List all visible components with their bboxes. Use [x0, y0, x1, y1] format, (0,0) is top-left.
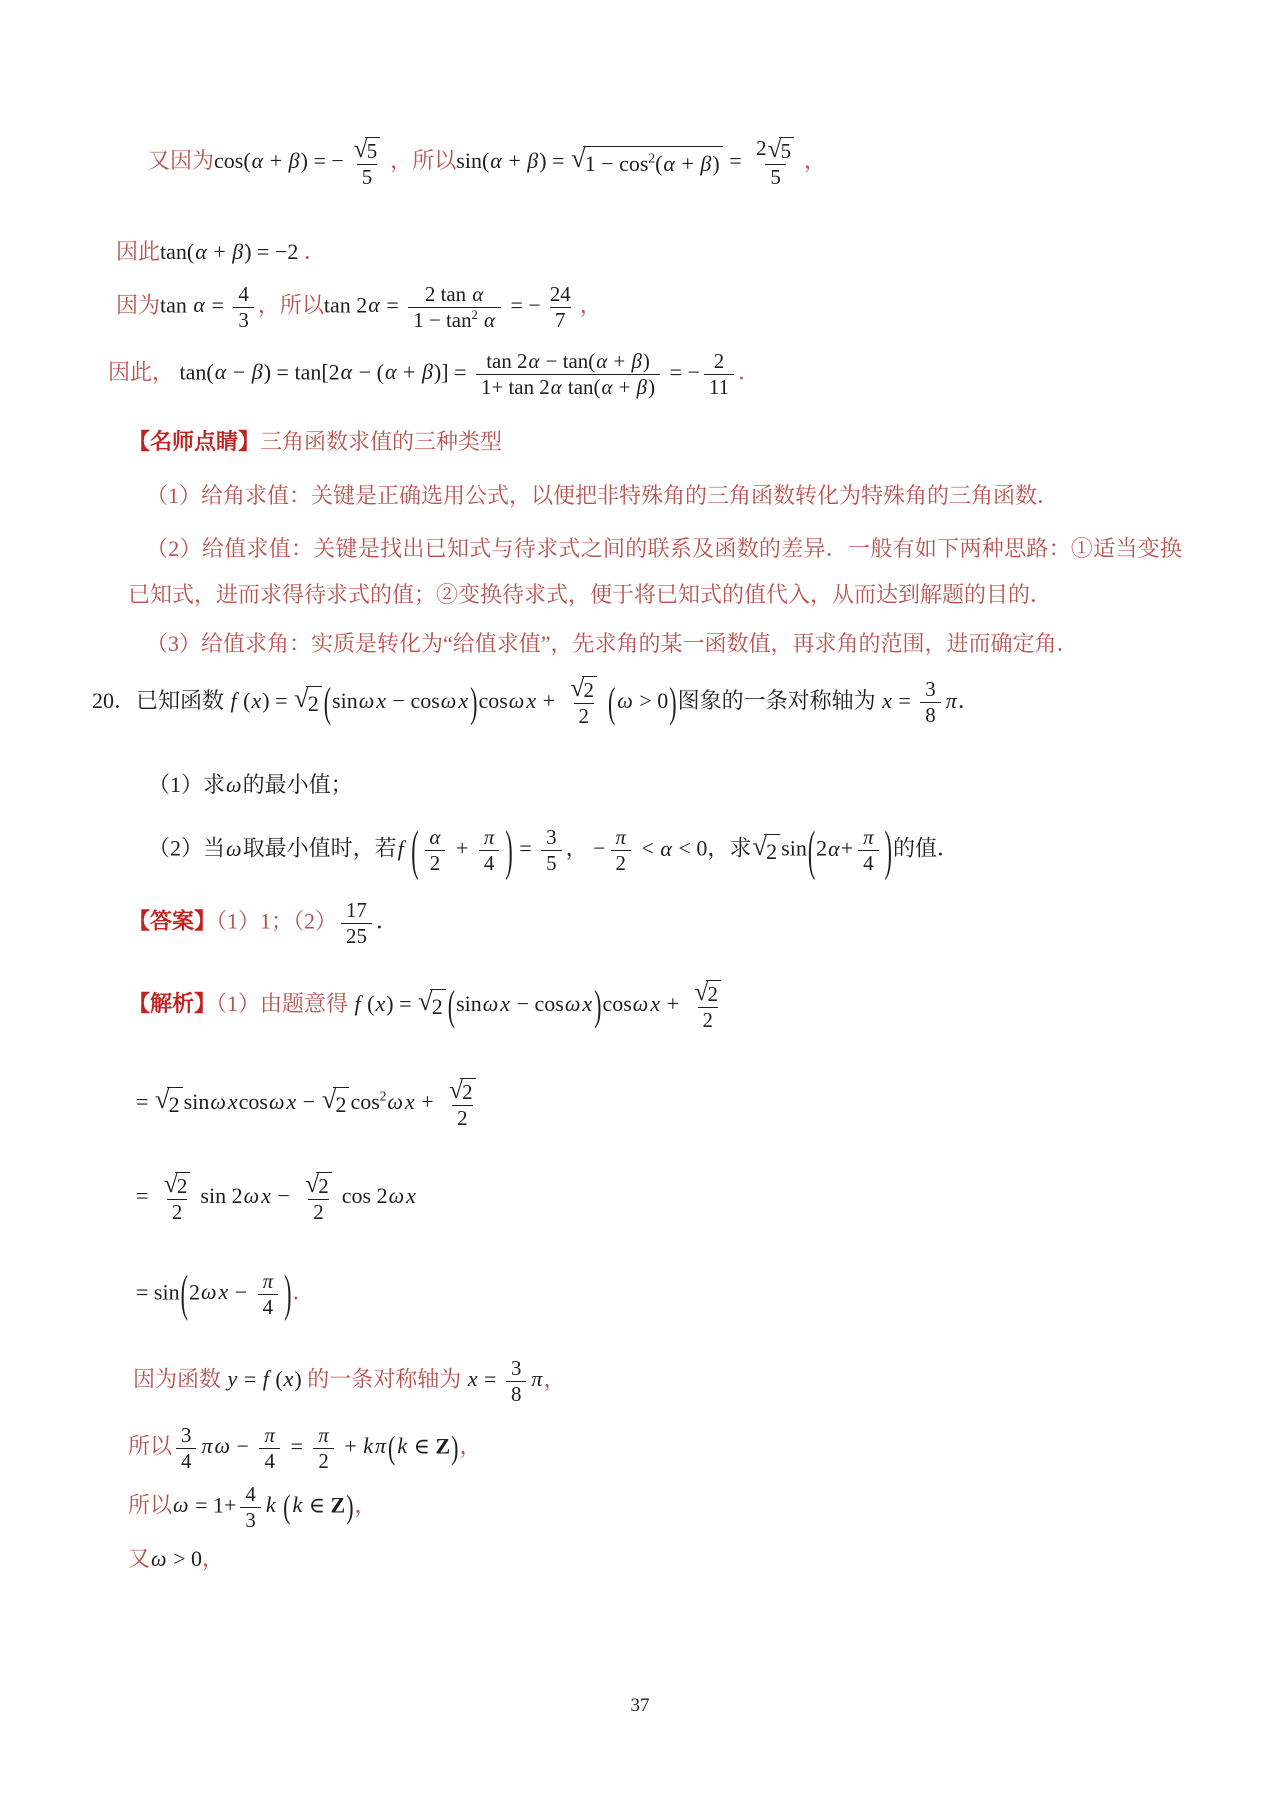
- math-run: tan(α + β) = −2: [160, 239, 304, 264]
- text-run: 又因为: [148, 148, 214, 173]
- tip-2: （2）给值求值：关键是找出已知式与待求式之间的联系及函数的差异．一般有如下两种思…: [128, 526, 1182, 618]
- fraction-denominator: 1 − tan2 α: [408, 307, 501, 333]
- math-run: −: [588, 836, 606, 861]
- math-run: 2: [579, 704, 589, 728]
- fraction-denominator: 5: [765, 164, 785, 190]
- text-run: ，: [566, 836, 588, 861]
- fraction-numerator: √2: [443, 1077, 481, 1105]
- text-run: 图象的一条对称轴为: [678, 688, 882, 713]
- math-run: α: [478, 308, 496, 332]
- math-run: + kπ: [339, 1433, 387, 1458]
- fraction-numerator: π: [857, 825, 879, 850]
- fraction-numerator: 2√5: [751, 136, 800, 164]
- fraction: π4: [478, 825, 500, 876]
- fraction-denominator: 2: [452, 1105, 472, 1131]
- fraction-denominator: 4: [259, 1448, 279, 1474]
- fraction: 35: [541, 825, 561, 876]
- math-run: 2: [703, 1008, 713, 1032]
- radical-icon: √: [571, 675, 585, 701]
- text-run: 因为: [116, 292, 160, 317]
- text-run: ，: [543, 1366, 565, 1391]
- math-run: 2: [172, 1200, 182, 1224]
- math-run: = −: [664, 359, 700, 384]
- math-run: cos 2ωx: [342, 1183, 417, 1208]
- fraction-denominator: 25: [341, 923, 372, 949]
- math-run: =: [285, 1433, 308, 1458]
- sqrt: √2: [164, 1172, 190, 1199]
- fraction: √22: [158, 1171, 196, 1225]
- text-run: （2）当: [148, 836, 225, 861]
- math-run: sin 2ωx −: [200, 1183, 295, 1208]
- fraction: 34: [176, 1423, 196, 1474]
- omega-positive: 又ω > 0，: [128, 1543, 1240, 1575]
- math-run: 1+ tan 2α tan(α + β): [481, 375, 655, 399]
- fraction-numerator: 3: [506, 1356, 526, 1381]
- sqrt: √2: [418, 989, 446, 1023]
- text-run: ，: [202, 1546, 224, 1571]
- math-run: 3: [245, 1508, 255, 1532]
- math-run: ω > 0: [616, 688, 668, 713]
- math-run: 2: [432, 994, 443, 1019]
- text-run: ，: [580, 292, 602, 317]
- math-run: cos: [350, 1089, 379, 1114]
- text-run: ．: [738, 359, 760, 384]
- math-run: 2α+: [816, 836, 853, 861]
- math-run: =: [724, 148, 747, 173]
- math-run: π: [317, 1423, 329, 1447]
- symmetry-axis-statement: 因为函数 y = f (x) 的一条对称轴为 x = 38π，: [133, 1356, 1240, 1407]
- math-run: sinωx − cosωx: [456, 991, 593, 1016]
- math-run: α: [429, 825, 442, 849]
- math-run: ωx +: [386, 1089, 439, 1114]
- big-paren: ): [283, 1257, 292, 1331]
- text-run: 所以: [280, 292, 324, 317]
- fraction-denominator: 7: [550, 307, 570, 333]
- math-run: 4: [863, 851, 873, 875]
- math-run: 8: [511, 1382, 521, 1406]
- math-run: x =: [881, 688, 916, 713]
- sqrt: √5: [768, 137, 794, 164]
- radical-icon: √: [571, 145, 586, 172]
- fraction-denominator: 2: [308, 1199, 328, 1225]
- fraction-denominator: 8: [506, 1381, 526, 1407]
- text-run: 的一条对称轴为: [307, 1366, 461, 1391]
- math-run: π: [530, 1366, 543, 1391]
- math-run: 5: [546, 851, 556, 875]
- fraction-denominator: 4: [858, 850, 878, 876]
- math-run: sin: [781, 836, 807, 861]
- text-run: ．: [292, 1279, 314, 1304]
- fraction-denominator: 2: [425, 850, 445, 876]
- math-run: k: [265, 1492, 282, 1517]
- radical-icon: √: [354, 136, 368, 162]
- text-run: 因为函数: [133, 1366, 221, 1391]
- math-run: 2: [714, 349, 724, 373]
- math-run: π: [262, 1269, 274, 1293]
- teacher-tips-heading: 【名师点睛】三角函数求值的三种类型: [128, 426, 1240, 458]
- fraction-numerator: 2: [709, 349, 729, 374]
- big-paren: (: [282, 1483, 291, 1531]
- math-run: 4: [245, 1482, 255, 1506]
- math-run: f (x) =: [348, 991, 417, 1016]
- tip-3: （3）给值求角：实质是转化为“给值求值”，先求角的某一函数值，再求角的范围，进而…: [146, 628, 1240, 660]
- fraction-numerator: 24: [545, 282, 576, 307]
- sqrt: √2: [294, 686, 322, 720]
- deduction-tan-alpha-beta: 因此tan(α + β) = −2 ．: [116, 236, 1240, 268]
- text-run: 因此，: [108, 359, 174, 384]
- math-run: 2 tan α: [425, 282, 484, 306]
- fraction: 2 tan α1 − tan2 α: [408, 282, 501, 333]
- fraction-numerator: 3: [920, 677, 940, 702]
- math-run: 3: [925, 677, 935, 701]
- text-run: （1）1；（2）: [216, 909, 337, 934]
- fraction: √22: [299, 1171, 337, 1225]
- radical-icon: √: [305, 1171, 319, 1197]
- fraction: α2: [424, 825, 447, 876]
- sqrt: √2: [571, 676, 597, 703]
- fraction: 247: [545, 282, 576, 333]
- fraction-denominator: 2: [574, 703, 594, 729]
- big-paren: (: [447, 976, 456, 1037]
- math-run: 2: [169, 1092, 180, 1117]
- math-run: πω −: [200, 1433, 254, 1458]
- math-run: = −: [505, 292, 541, 317]
- math-run: 2: [335, 1092, 346, 1117]
- radical-icon: √: [768, 136, 782, 162]
- math-run: ω: [225, 772, 243, 797]
- fraction-denominator: 11: [704, 374, 734, 400]
- fraction: π2: [312, 1423, 334, 1474]
- big-paren: ): [450, 1424, 459, 1472]
- text-run: 的值．: [893, 836, 959, 861]
- math-run: f (x) =: [230, 688, 293, 713]
- math-run: 2: [616, 851, 626, 875]
- text-run: （1）给角求值：关键是正确选用公式，以便把非特殊角的三角函数转化为特殊角的三角函…: [146, 483, 1059, 508]
- fraction-numerator: π: [610, 825, 632, 850]
- fraction-denominator: 5: [357, 164, 377, 190]
- math-run: +: [451, 836, 474, 861]
- fraction: 43: [240, 1482, 260, 1533]
- text-run: ．: [376, 909, 398, 934]
- math-run: π: [483, 825, 495, 849]
- math-run: x =: [461, 1366, 502, 1391]
- math-run: 3: [546, 825, 556, 849]
- text-run: ，: [390, 148, 412, 173]
- fraction: √22: [443, 1077, 481, 1131]
- text-run: （1）求: [148, 772, 225, 797]
- math-run: =: [136, 1183, 154, 1208]
- math-run: ω > 0: [150, 1546, 202, 1571]
- big-paren: ): [593, 976, 602, 1037]
- math-run: k ∈: [396, 1433, 435, 1458]
- math-run: y = f (x): [221, 1366, 307, 1391]
- fraction: π2: [610, 825, 632, 876]
- radical-icon: √: [418, 988, 433, 1015]
- fraction-numerator: √2: [158, 1171, 196, 1199]
- question-20-part-1: （1）求ω的最小值；: [148, 769, 1240, 801]
- fraction-numerator: √2: [299, 1171, 337, 1199]
- fraction: √22: [565, 676, 603, 730]
- math-run: 2: [177, 1174, 187, 1198]
- deduction-tan-2alpha: 因为tan α = 43，所以tan 2α = 2 tan α1 − tan2 …: [116, 282, 1240, 333]
- fraction-denominator: 2: [167, 1199, 187, 1225]
- fraction: 1725: [341, 898, 372, 949]
- text-run: ，: [804, 148, 826, 173]
- math-run: sinωxcosωx −: [184, 1089, 321, 1114]
- fraction: 2√55: [751, 136, 800, 190]
- math-run: cos(α + β) = −: [214, 148, 344, 173]
- math-run: =: [136, 1089, 154, 1114]
- text-run: ，: [258, 292, 280, 317]
- big-paren: (: [410, 811, 419, 891]
- fraction: π4: [258, 1423, 280, 1474]
- math-run: 4: [238, 282, 248, 306]
- omega-equation: 所以34πω − π4 = π2 + kπ(k ∈ Z)，: [128, 1423, 1240, 1474]
- fraction-denominator: 3: [240, 1507, 260, 1533]
- fraction-numerator: 17: [341, 898, 372, 923]
- fraction-numerator: √2: [689, 979, 727, 1007]
- fraction-denominator: 2: [698, 1007, 718, 1033]
- big-paren: (: [807, 811, 816, 891]
- big-paren: ): [884, 811, 893, 891]
- radical-icon: √: [164, 1171, 178, 1197]
- math-run: 1 − cos: [585, 151, 649, 176]
- big-paren: ): [469, 672, 478, 733]
- math-run: Z: [435, 1433, 450, 1458]
- text-run: ．: [958, 688, 980, 713]
- fraction-numerator: 3: [541, 825, 561, 850]
- sqrt: √1 − cos2(α + β): [571, 146, 723, 180]
- text-run: 【名师点睛】: [128, 429, 260, 454]
- fraction-numerator: √5: [348, 136, 386, 164]
- big-paren: (: [180, 1257, 189, 1331]
- math-run: 24: [550, 282, 571, 306]
- math-run: 4: [264, 1449, 274, 1473]
- math-run: π: [263, 1423, 275, 1447]
- math-run: = sin: [136, 1279, 180, 1304]
- math-run: 2: [462, 1080, 472, 1104]
- text-run: （2）给值求值：关键是找出已知式与待求式之间的联系及函数的差异．一般有如下两种思…: [128, 536, 1182, 607]
- big-paren: ): [668, 672, 677, 733]
- math-run: 2ωx −: [189, 1279, 253, 1304]
- fraction-numerator: tan 2α − tan(α + β): [481, 349, 655, 374]
- math-run: 5: [770, 165, 780, 189]
- math-run: (α + β): [655, 151, 720, 176]
- tip-1: （1）给角求值：关键是正确选用公式，以便把非特殊角的三角函数转化为特殊角的三角函…: [146, 480, 1240, 512]
- math-run: 5: [367, 139, 377, 163]
- text-run: 因此: [116, 239, 160, 264]
- sqrt: √2: [695, 980, 721, 1007]
- deduction-tan-alpha-minus-beta: 因此， tan(α − β) = tan[2α − (α + β)] = tan…: [108, 349, 1240, 400]
- big-paren: ): [345, 1483, 354, 1531]
- text-run: 三角函数求值的三种类型: [260, 429, 502, 454]
- fraction-denominator: 1+ tan 2α tan(α + β): [476, 374, 660, 400]
- fraction-denominator: 4: [176, 1448, 196, 1474]
- math-run: 25: [346, 924, 367, 948]
- text-run: 【答案】: [128, 909, 216, 934]
- fraction: π4: [857, 825, 879, 876]
- fraction-numerator: 2 tan α: [420, 282, 489, 307]
- math-run: tan(α − β) = tan[2α − (α + β)] =: [174, 359, 472, 384]
- omega-solution: 所以ω = 1+43k (k ∈ Z)，: [128, 1482, 1240, 1533]
- math-run: cosωx +: [602, 991, 684, 1016]
- fraction-numerator: π: [312, 1423, 334, 1448]
- radical-icon: √: [155, 1086, 170, 1113]
- question-20: 20．已知函数 f (x) = √2(sinωx − cosωx)cosωx +…: [92, 676, 1240, 730]
- page-number: 37: [0, 1695, 1280, 1717]
- math-run: tan 2α =: [324, 292, 404, 317]
- text-run: 所以: [412, 148, 456, 173]
- math-run: π: [945, 688, 958, 713]
- math-run: 2: [708, 982, 718, 1006]
- math-run: k ∈: [291, 1492, 330, 1517]
- math-run: f: [397, 836, 411, 861]
- math-run: =: [514, 836, 537, 861]
- math-run: 4: [484, 851, 494, 875]
- math-run: 17: [346, 898, 367, 922]
- text-run: 取最小值时，若: [243, 836, 397, 861]
- fraction-denominator: 5: [541, 850, 561, 876]
- math-run: 5: [362, 165, 372, 189]
- sqrt-body: 1 − cos2(α + β): [583, 146, 723, 180]
- math-run: tan α =: [160, 292, 229, 317]
- fraction-denominator: 3: [233, 307, 253, 333]
- fraction-numerator: √2: [565, 676, 603, 704]
- math-run: 2: [430, 851, 440, 875]
- sqrt: √2: [449, 1078, 475, 1105]
- fraction: 211: [704, 349, 734, 400]
- derivation-step-1: = √2sinωxcosωx − √2cos2ωx + √22: [136, 1077, 1240, 1131]
- math-run: 2: [318, 1174, 328, 1198]
- math-run: 2: [457, 1106, 467, 1130]
- fraction-numerator: π: [258, 1423, 280, 1448]
- fraction: 43: [233, 282, 253, 333]
- math-run: sin(α + β) =: [456, 148, 570, 173]
- text-run: 所以: [128, 1433, 172, 1458]
- radical-icon: √: [695, 979, 709, 1005]
- fraction: tan 2α − tan(α + β)1+ tan 2α tan(α + β): [476, 349, 660, 400]
- math-run: 7: [555, 308, 565, 332]
- math-run: 1 − tan: [413, 308, 471, 332]
- math-run: cosωx +: [478, 688, 560, 713]
- derivation-step-3: = sin(2ωx − π4)．: [136, 1269, 1240, 1320]
- math-run: π: [615, 825, 627, 849]
- fraction-denominator: 2: [313, 1448, 333, 1474]
- math-run: 2: [313, 1200, 323, 1224]
- big-paren: ): [504, 811, 513, 891]
- math-run: 4: [263, 1295, 273, 1319]
- answer-line: 【答案】（1）1；（2）1725．: [128, 898, 1240, 949]
- sqrt: √2: [322, 1087, 350, 1121]
- text-run: 20．已知函数: [92, 688, 230, 713]
- math-run: < α < 0: [636, 836, 707, 861]
- text-run: 的最小值；: [243, 772, 353, 797]
- fraction: 38: [920, 677, 940, 728]
- math-run: 3: [181, 1423, 191, 1447]
- sqrt: √2: [305, 1172, 331, 1199]
- sqrt: √5: [354, 137, 380, 164]
- math-run: 5: [781, 139, 791, 163]
- math-run: 2: [318, 1449, 328, 1473]
- fraction-denominator: 4: [479, 850, 499, 876]
- fraction-denominator: 4: [258, 1294, 278, 1320]
- math-run: tan 2α − tan(α + β): [486, 349, 650, 373]
- question-20-part-2: （2）当ω取最小值时，若f (α2 + π4) = 35， −π2 < α < …: [148, 825, 1240, 876]
- math-run: 2: [756, 136, 766, 160]
- big-paren: (: [387, 1424, 396, 1472]
- fraction-denominator: 2: [611, 850, 631, 876]
- math-run: 4: [181, 1449, 191, 1473]
- fraction: √22: [689, 979, 727, 1033]
- document-body: 又因为cos(α + β) = −√55，所以sin(α + β) = √1 −…: [0, 0, 1280, 1575]
- fraction: √55: [348, 136, 386, 190]
- math-run: ω: [225, 836, 243, 861]
- big-paren: (: [323, 672, 332, 733]
- math-run: 11: [709, 375, 729, 399]
- math-run: 2: [766, 839, 777, 864]
- radical-icon: √: [449, 1077, 463, 1103]
- math-run: 2: [584, 678, 594, 702]
- radical-icon: √: [294, 685, 309, 712]
- text-run: 又: [128, 1546, 150, 1571]
- radical-icon: √: [322, 1086, 337, 1113]
- text-run: 所以: [128, 1492, 172, 1517]
- text-run: （3）给值求角：实质是转化为“给值求值”，先求角的某一函数值，再求角的范围，进而…: [146, 631, 1079, 656]
- fraction-numerator: 4: [240, 1482, 260, 1507]
- math-run: 8: [925, 703, 935, 727]
- big-paren: (: [607, 672, 616, 733]
- math-run: 2: [308, 691, 319, 716]
- page: 又因为cos(α + β) = −√55，所以sin(α + β) = √1 −…: [0, 0, 1280, 1809]
- math-run: ω = 1+: [172, 1492, 236, 1517]
- derivation-step-2: = √22sin 2ωx − √22cos 2ωx: [136, 1171, 1240, 1225]
- fraction-numerator: 3: [176, 1423, 196, 1448]
- sqrt: √2: [752, 834, 780, 868]
- text-run: ，求: [707, 836, 751, 861]
- math-run: sinωx − cosωx: [332, 688, 469, 713]
- math-run: Z: [331, 1492, 346, 1517]
- math-run: π: [862, 825, 874, 849]
- fraction-numerator: π: [478, 825, 500, 850]
- fraction-numerator: π: [257, 1269, 279, 1294]
- text-run: （1）由题意得: [216, 991, 348, 1016]
- fraction: π4: [257, 1269, 279, 1320]
- text-run: ，: [355, 1492, 377, 1517]
- fraction-numerator: 4: [233, 282, 253, 307]
- text-run: 【解析】: [128, 991, 216, 1016]
- fraction-denominator: 8: [920, 702, 940, 728]
- fraction: 38: [506, 1356, 526, 1407]
- analysis-line: 【解析】（1）由题意得 f (x) = √2(sinωx − cosωx)cos…: [128, 979, 1240, 1033]
- text-run: ，: [459, 1433, 481, 1458]
- radical-icon: √: [752, 833, 767, 860]
- math-run: 3: [511, 1356, 521, 1380]
- deduction-sin-alpha-beta: 又因为cos(α + β) = −√55，所以sin(α + β) = √1 −…: [148, 136, 1240, 190]
- math-run: 3: [238, 308, 248, 332]
- fraction-numerator: α: [424, 825, 447, 850]
- text-run: ．: [304, 239, 326, 264]
- sqrt: √2: [155, 1087, 183, 1121]
